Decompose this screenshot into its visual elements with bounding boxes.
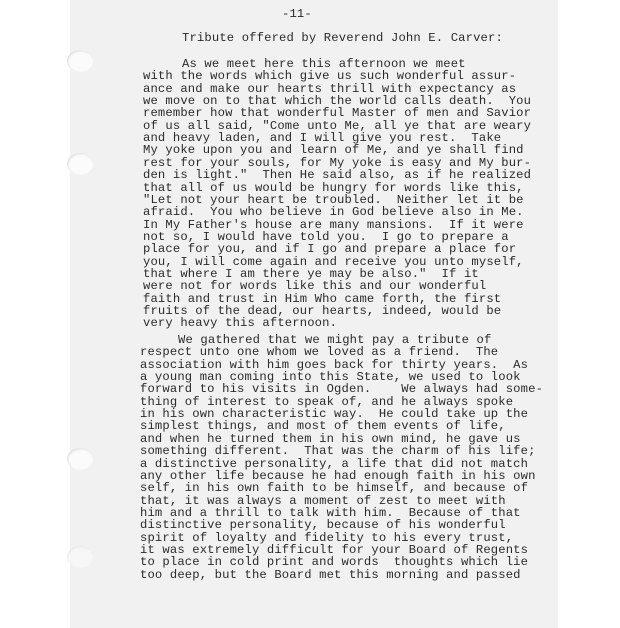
- heading: Tribute offered by Reverend John E. Carv…: [182, 32, 503, 45]
- punch-hole-bottom: [67, 546, 93, 568]
- punch-hole-lower: [67, 448, 93, 470]
- page-number: -11-: [282, 8, 312, 21]
- typed-text: -11- Tribute offered by Reverend John E.…: [0, 0, 15, 98]
- punch-hole-middle: [67, 153, 93, 175]
- text-line: too deep, but the Board met this morning…: [140, 569, 521, 582]
- punch-hole-top: [67, 50, 93, 72]
- text-line: very heavy this afternoon.: [143, 317, 337, 330]
